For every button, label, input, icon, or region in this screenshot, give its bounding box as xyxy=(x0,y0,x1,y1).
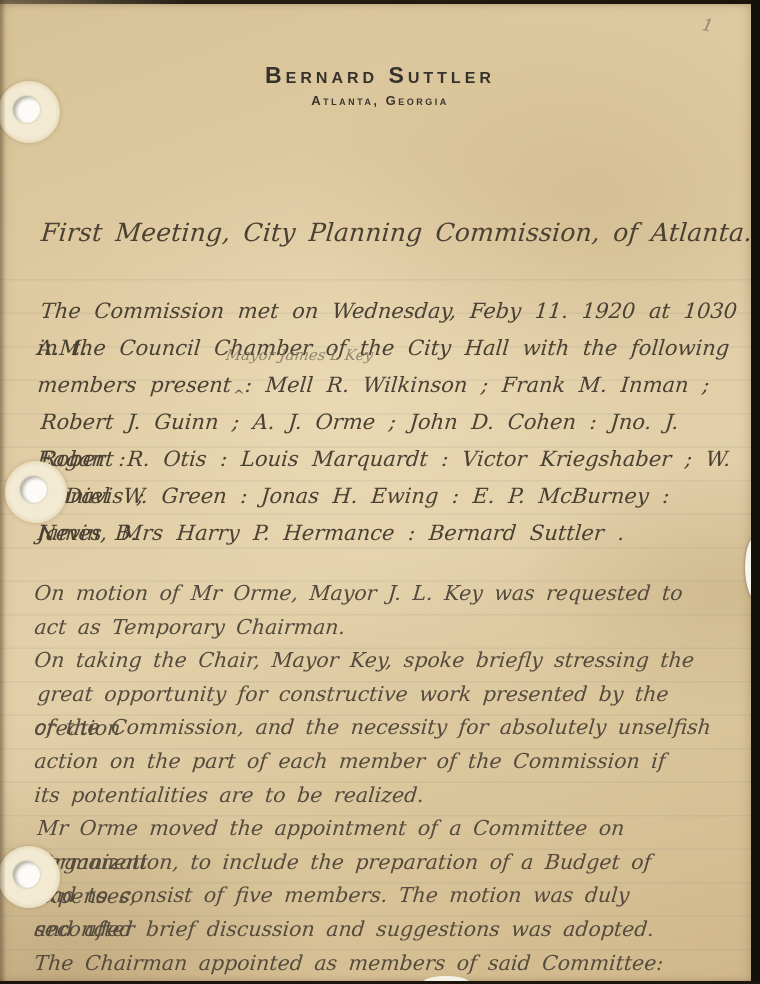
manuscript-line: Robert R. Otis : Louis Marquardt : Victo… xyxy=(36,441,734,478)
manuscript-line: On taking the Chair, Mayor Key, spoke br… xyxy=(33,644,734,678)
manuscript-title: First Meeting, City Planning Commission,… xyxy=(40,218,754,247)
page-number-mark: 1 xyxy=(700,15,715,37)
manuscript-line: action on the part of each member of the… xyxy=(33,745,734,779)
manuscript-line: The Commission met on Wednesday, Feby 11… xyxy=(36,293,734,330)
manuscript-line: act as Temporary Chairman. xyxy=(33,611,734,645)
manuscript-line: and to consist of five members. The moti… xyxy=(33,879,734,913)
manuscript-line: Mr Orme moved the appointment of a Commi… xyxy=(33,812,734,846)
manuscript-line: great opportunity for constructive work … xyxy=(33,678,734,712)
manuscript-line: Robert J. Guinn ; A. J. Orme ; John D. C… xyxy=(36,404,734,441)
punch-hole-top xyxy=(0,81,60,143)
manuscript-line: in the Council Chamber of the City Hall … xyxy=(36,330,734,367)
punch-hole-opening xyxy=(13,861,40,888)
manuscript-paragraph-proceedings: On motion of Mr Orme, Mayor J. L. Key wa… xyxy=(33,577,734,980)
pencil-insertion-note: Mayor James L Key xyxy=(225,346,375,364)
scan-edge-top xyxy=(0,0,760,4)
paper-sheet: Bernard Suttler Atlanta, Georgia 1 First… xyxy=(0,0,760,984)
manuscript-line: of the Commission, and the necessity for… xyxy=(33,711,734,745)
manuscript-line: On motion of Mr Orme, Mayor J. L. Key wa… xyxy=(33,577,734,611)
punch-hole-opening xyxy=(13,96,40,123)
manuscript-line: The Chairman appointed as members of sai… xyxy=(33,947,734,981)
insertion-caret-mark: ^ xyxy=(233,388,245,404)
manuscript-line: members present : Mell R. Wilkinson ; Fr… xyxy=(36,367,734,404)
letterhead: Bernard Suttler Atlanta, Georgia xyxy=(0,62,760,108)
scan-edge-left xyxy=(0,0,6,984)
manuscript-line: Daniel W. Green : Jonas H. Ewing : E. P.… xyxy=(36,478,734,515)
punch-hole-bottom xyxy=(0,846,60,908)
punch-hole-middle xyxy=(5,461,67,523)
manuscript-line: and after brief discussion and suggestio… xyxy=(33,913,734,947)
letterhead-location: Atlanta, Georgia xyxy=(0,93,760,108)
letterhead-name: Bernard Suttler xyxy=(0,62,760,89)
punch-hole-opening xyxy=(20,476,47,503)
manuscript-paragraph-attendance: The Commission met on Wednesday, Feby 11… xyxy=(36,293,734,552)
manuscript-line: Organization, to include the preparation… xyxy=(33,846,734,880)
manuscript-line: its potentialities are to be realized. xyxy=(33,779,734,813)
scan-edge-right xyxy=(751,0,760,984)
